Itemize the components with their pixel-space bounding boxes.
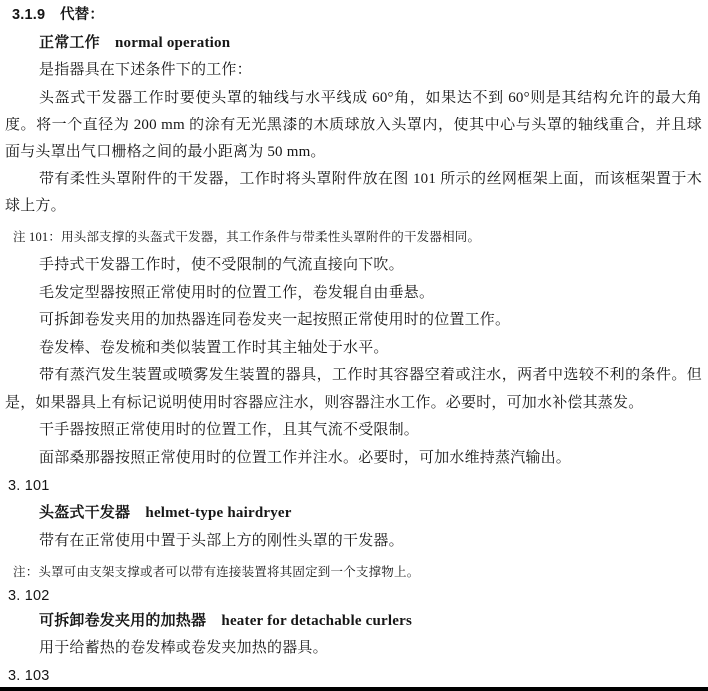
body-line: 头盔式干发器工作时要使头罩的轴线与水平线成 60°角，如果达不到 60°则是其结… <box>39 90 702 107</box>
body-line: 带有蒸汽发生装置或喷雾发生装置的器具，工作时其容器空着或注水，两者中选较不利的条… <box>39 367 702 384</box>
term-heading-normal-operation: 正常工作 normal operation <box>39 35 230 52</box>
body-line: 是指器具在下述条件下的工作： <box>39 62 252 79</box>
body-line: 面与头罩出气口栅格之间的最小距离为 50 mm。 <box>5 144 326 161</box>
body-line: 卷发棒、卷发梳和类似装置工作时其主轴处于水平。 <box>39 340 389 357</box>
body-line: 带有在正常使用中置于头部上方的刚性头罩的干发器。 <box>39 533 404 550</box>
clause-number-3-1-9: 3.1.9 代替： <box>12 7 104 24</box>
body-line: 手持式干发器工作时，使不受限制的气流直接向下吹。 <box>39 257 404 274</box>
note-line: 注：头罩可由支架支撑或者可以带有连接装置将其固定到一个支撑物上。 <box>13 564 419 581</box>
term-heading-helmet-type-hairdryer: 头盔式干发器 helmet-type hairdryer <box>39 505 292 522</box>
body-line: 面部桑那器按照正常使用时的位置工作并注水。必要时，可加水维持蒸汽输出。 <box>39 450 571 467</box>
page-bottom-rule <box>0 687 708 691</box>
note-101-line: 注 101：用头部支撑的头盔式干发器，其工作条件与带柔性头罩附件的干发器相同。 <box>13 229 480 246</box>
clause-number-3-102: 3. 102 <box>8 588 50 605</box>
clause-number-3-103: 3. 103 <box>8 668 50 685</box>
term-heading-heater-for-detachable-curlers: 可拆卸卷发夹用的加热器 heater for detachable curler… <box>39 613 412 630</box>
body-line: 是，如果器具上有标记说明使用时容器应注水，则容器注水工作。必要时，可加水补偿其蒸… <box>5 395 643 412</box>
document-page: 3.1.9 代替： 正常工作 normal operation 是指器具在下述条… <box>0 0 708 691</box>
body-line: 度。将一个直径为 200 mm 的涂有无光黑漆的木质球放入头罩内，使其中心与头罩… <box>5 117 702 134</box>
body-line: 球上方。 <box>5 198 66 215</box>
clause-number-3-101: 3. 101 <box>8 478 50 495</box>
body-line: 可拆卸卷发夹用的加热器连同卷发夹一起按照正常使用时的位置工作。 <box>39 312 510 329</box>
body-line: 毛发定型器按照正常使用时的位置工作，卷发辊自由垂悬。 <box>39 285 434 302</box>
body-line: 用于给蓄热的卷发棒或卷发夹加热的器具。 <box>39 640 328 657</box>
body-line: 干手器按照正常使用时的位置工作，且其气流不受限制。 <box>39 422 419 439</box>
body-line: 带有柔性头罩附件的干发器，工作时将头罩附件放在图 101 所示的丝网框架上面，而… <box>39 171 702 188</box>
